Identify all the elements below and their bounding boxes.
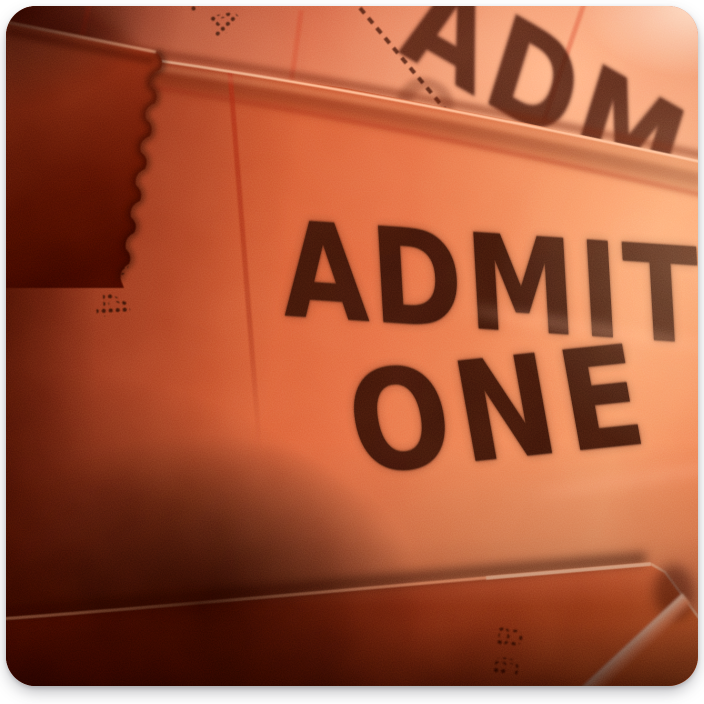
light-glow-overlay: [6, 6, 698, 686]
photo-card: 34 ADM O 860334 ADMIT ONE: [6, 6, 698, 686]
